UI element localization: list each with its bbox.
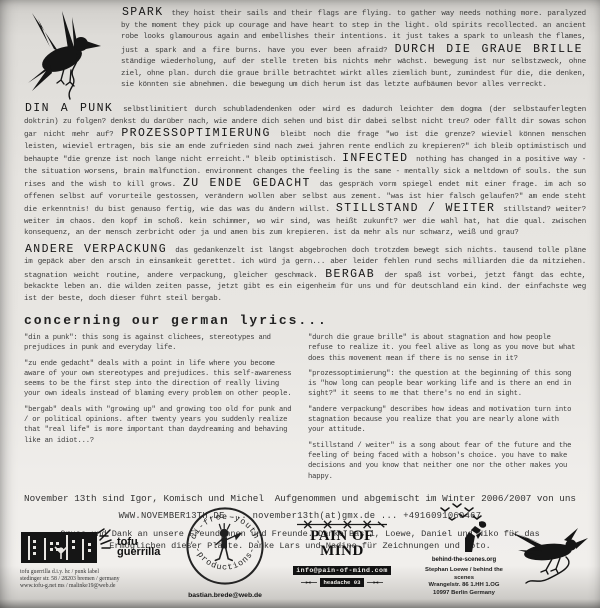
song-title-durch-die-graue-brille: DURCH DIE GRAUE BRILLE	[394, 43, 586, 56]
notes-left-column: "din a punk": this song is against clich…	[24, 333, 292, 487]
barbed-wire-icon	[367, 579, 383, 586]
notes-right-column: "durch die graue brille" is about stagna…	[308, 333, 576, 487]
punk-trumpeter-icon	[215, 524, 241, 561]
behind-the-scenes-label: behind-the-scenes.org Stephan Loewe / be…	[420, 502, 508, 597]
behind-the-scenes-url: behind-the-scenes.org	[420, 557, 508, 563]
note-andere-verpackung: "andere verpackung" describes how ideas …	[308, 405, 576, 436]
song-title-bergab: BERGAB	[324, 268, 378, 281]
crow-diving-icon	[506, 526, 590, 592]
note-bergab: "bergab" deals with "growing up" and gro…	[24, 405, 292, 446]
behind-the-scenes-city: 10997 Berlin Germany	[420, 590, 508, 598]
pain-of-mind-label: PAIN OF MIND info@pain-of-mind.com heada…	[291, 520, 393, 587]
song-text-durch-die-graue-brille: ständige wiederholung, auf der stelle tr…	[121, 58, 586, 89]
oi-free-youth-productions-label: -oi-free-youth- -productions- bastian.br…	[184, 506, 266, 599]
stamp-arc-bottom-text: -productions-	[192, 546, 258, 573]
song-title-infected: INFECTED	[341, 152, 411, 165]
city-riot-icon	[20, 528, 112, 566]
behind-the-scenes-contact-name: Stephan Loewe / behind the scenes	[420, 567, 508, 582]
tofu-name-line-2: guerrilla	[117, 547, 160, 557]
song-title-din-a-punk: DIN A PUNK	[24, 102, 116, 115]
song-title-prozessoptimierung: PROZESSOPTIMIERUNG	[120, 127, 273, 140]
svg-text:-productions-: -productions-	[192, 546, 258, 573]
label-logos-row: tofu guerrilla tofu guerrilla d.i.y. hc …	[0, 500, 600, 608]
note-din-a-punk: "din a punk": this song is against clich…	[24, 333, 292, 354]
notes-heading: concerning our german lyrics...	[24, 313, 576, 328]
tofu-guerrilla-info: tofu guerrilla d.i.y. hc / punk label st…	[20, 569, 170, 590]
tofu-info-line-3: www.tofu-g.net ms / malinke19@web.de	[20, 583, 170, 590]
lyrics-section: SPARK they hoist their sails and their f…	[0, 0, 600, 305]
pain-of-mind-catalog-number: headache 03	[320, 578, 365, 587]
oi-free-youth-stamp-icon: -oi-free-youth- -productions-	[185, 506, 265, 586]
tofu-guerrilla-label: tofu guerrilla tofu guerrilla d.i.y. hc …	[20, 528, 170, 590]
tofu-info-line-1: tofu guerrilla d.i.y. hc / punk label	[20, 569, 170, 576]
album-insert-page: SPARK they hoist their sails and their f…	[0, 0, 600, 608]
song-title-spark: SPARK	[121, 6, 167, 19]
pain-of-mind-name: PAIN OF MIND	[291, 529, 393, 559]
pain-of-mind-email: info@pain-of-mind.com	[293, 566, 391, 575]
song-title-andere-verpackung: ANDERE VERPACKUNG	[24, 243, 170, 256]
note-durch-die-graue-brille: "durch die graue brille" is about stagna…	[308, 333, 576, 364]
hand-releasing-birds-icon	[429, 502, 499, 552]
crow-flying-icon	[24, 7, 112, 101]
tofu-guerrilla-name: tofu guerrilla	[117, 537, 160, 557]
note-zu-ende-gedacht: "zu ende gedacht" deals with a point in …	[24, 359, 292, 400]
song-title-zu-ende-gedacht: ZU ENDE GEDACHT	[182, 177, 314, 190]
german-lyrics-notes-section: concerning our german lyrics... "din a p…	[24, 313, 576, 487]
oi-email: bastian.brede@web.de	[184, 592, 266, 599]
lyrics-block-3: ANDERE VERPACKUNG das gedankenzelt ist l…	[24, 244, 586, 306]
song-title-stillstand-weiter: STILLSTAND / WEITER	[335, 202, 498, 215]
tofu-info-line-2: stedinger str. 58 / 28203 bremen / germa…	[20, 576, 170, 583]
note-stillstand-weiter: "stillstand / weiter" is a song about fe…	[308, 441, 576, 482]
behind-the-scenes-street: Wrangelstr. 86 1.HH 1.OG	[420, 582, 508, 590]
note-prozessoptimierung: "prozessoptimierung": the question at th…	[308, 369, 576, 400]
barbed-wire-icon	[301, 579, 317, 586]
lyrics-block-2: DIN A PUNK selbstlimitiert durch schubla…	[24, 103, 586, 240]
